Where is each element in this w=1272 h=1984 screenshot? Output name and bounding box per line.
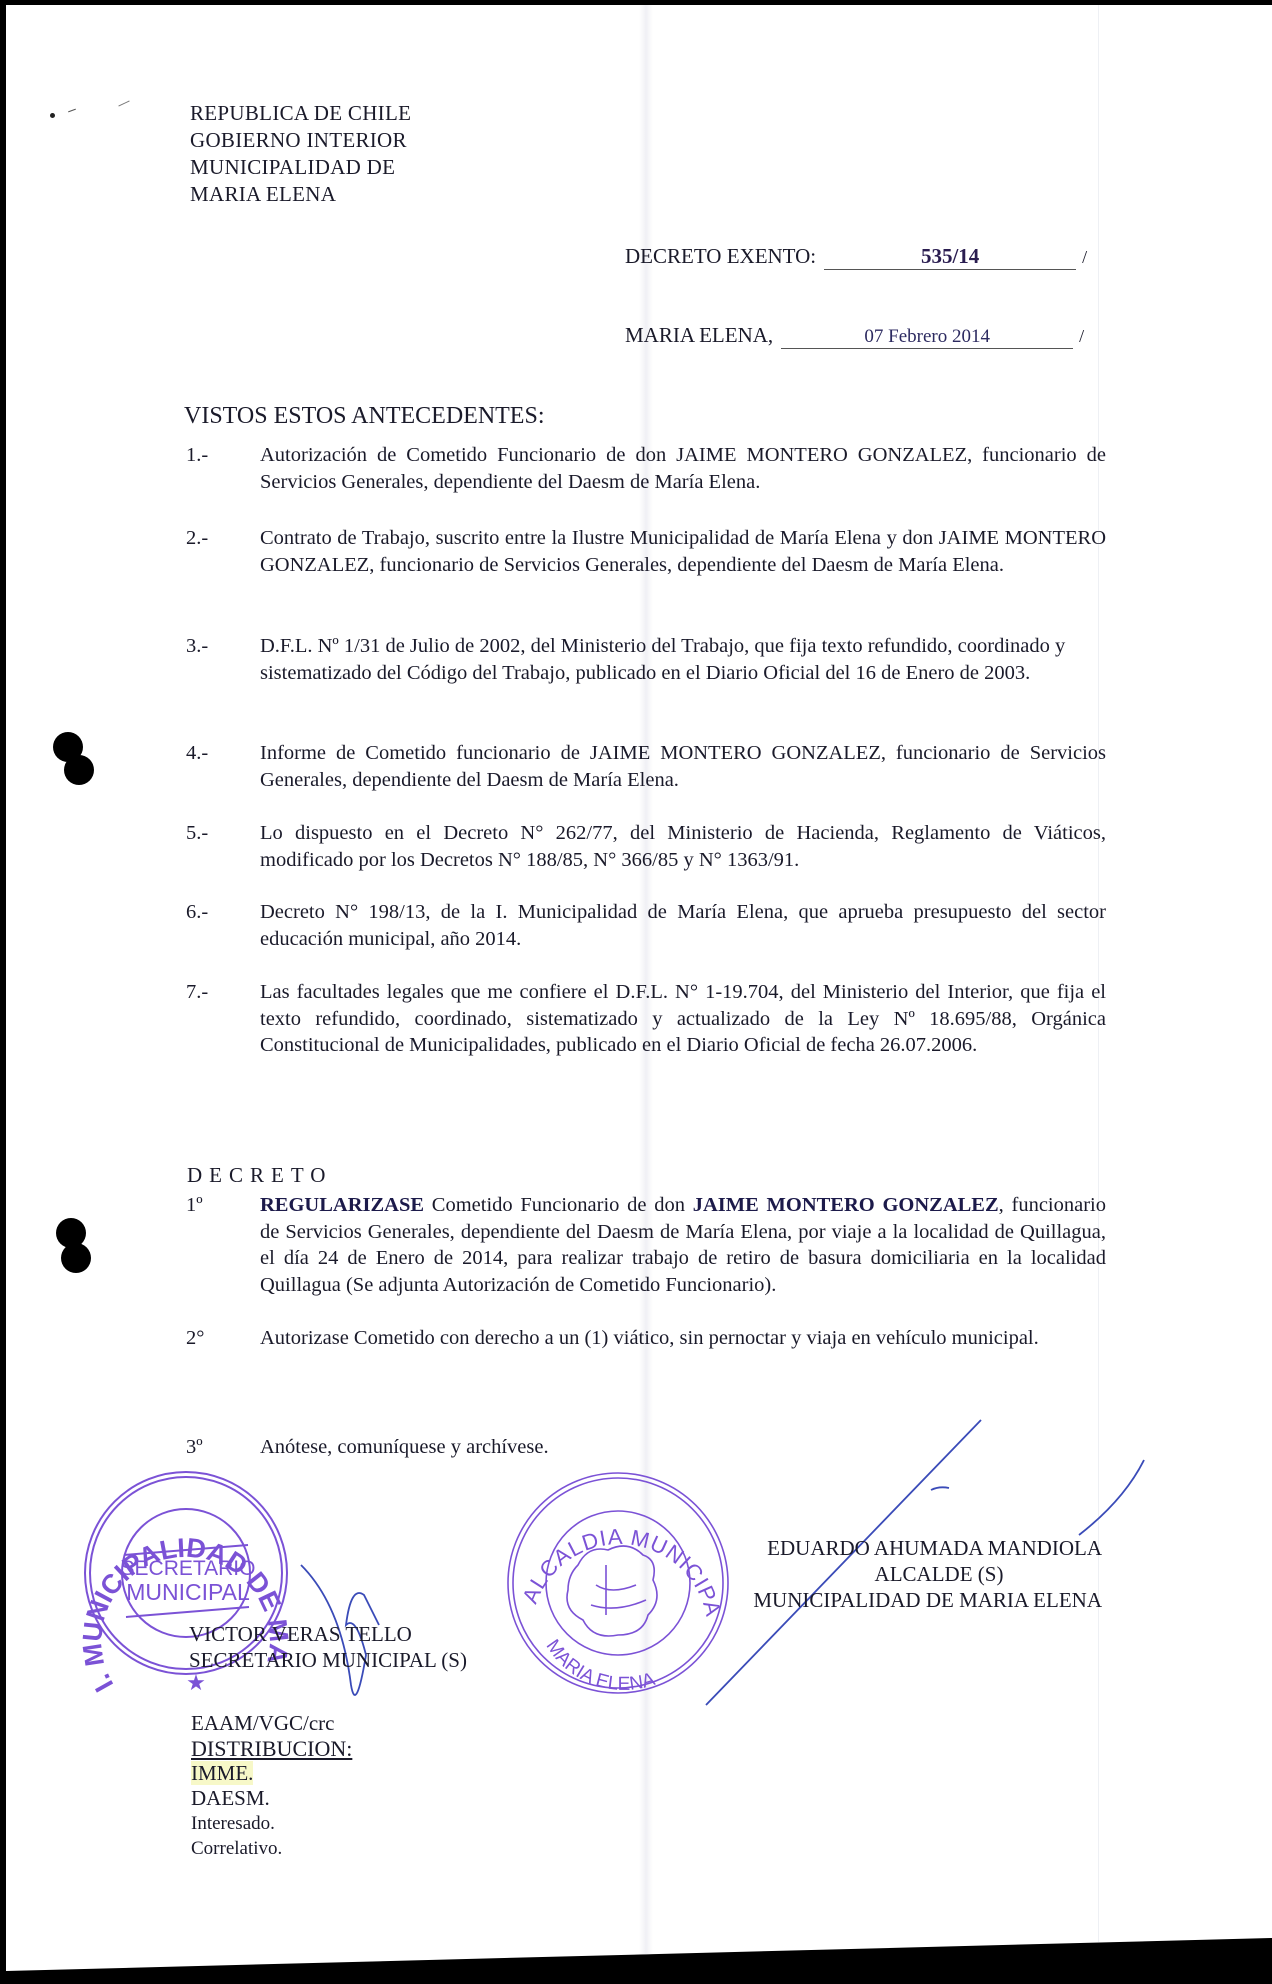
mayor-signature-block: EDUARDO AHUMADA MANDIOLA ALCALDE (S) MUN…	[716, 1535, 1102, 1613]
stamps-and-signatures: I. MUNICIPALIDAD DE MARIA ELENA SECRETAR…	[6, 5, 1272, 1984]
distribution-item: Correlativo.	[191, 1836, 352, 1861]
mayor-title: ALCALDE (S)	[716, 1561, 1102, 1587]
initials: EAAM/VGC/crc	[191, 1711, 352, 1736]
distribution-item: IMME.	[191, 1761, 253, 1785]
distribution-block: EAAM/VGC/crc DISTRIBUCION: IMME. DAESM. …	[191, 1711, 352, 1861]
mayor-name: EDUARDO AHUMADA MANDIOLA	[716, 1535, 1102, 1561]
secretary-title: SECRETARIO MUNICIPAL (S)	[189, 1647, 467, 1673]
document-page: REPUBLICA DE CHILE GOBIERNO INTERIOR MUN…	[6, 5, 1272, 1984]
distribution-item: Interesado.	[191, 1811, 352, 1836]
mayor-stamp-top-text: ALCALDIA MUNICIPAL	[6, 5, 726, 1619]
secretary-signature-block: VICTOR VERAS TELLO SECRETARIO MUNICIPAL …	[189, 1621, 467, 1673]
mayor-stamp-bottom-text: MARIA ELENA	[542, 1636, 658, 1695]
secretary-stamp-ring-text: I. MUNICIPALIDAD DE MARIA ELENA	[6, 5, 294, 1697]
secretary-stamp-center: MUNICIPAL	[126, 1579, 250, 1605]
distribution-title: DISTRIBUCION:	[191, 1736, 352, 1761]
mayor-org: MUNICIPALIDAD DE MARIA ELENA	[716, 1587, 1102, 1613]
distribution-item: DAESM.	[191, 1786, 352, 1811]
svg-text:★: ★	[186, 1670, 206, 1695]
secretary-name: VICTOR VERAS TELLO	[189, 1621, 467, 1647]
secretary-stamp-center: SECRETARIO	[121, 1557, 256, 1580]
